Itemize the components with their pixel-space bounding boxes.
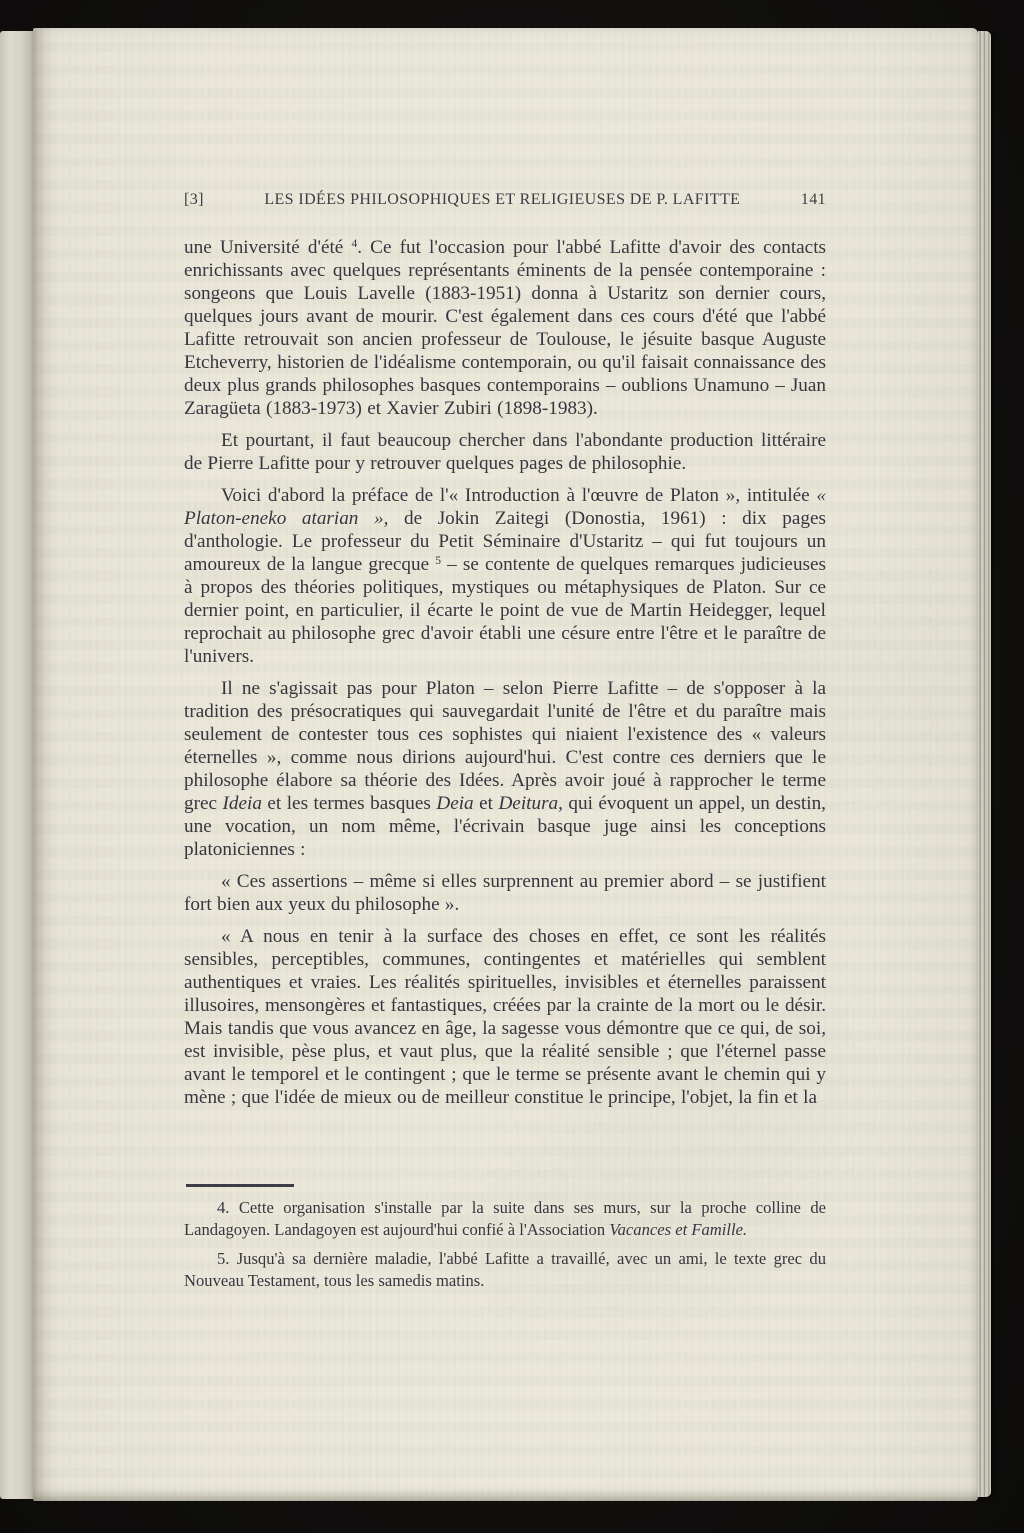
body-paragraph: une Université d'été 4. Ce fut l'occasio…	[184, 236, 826, 420]
page-content: [3] LES IDÉES PHILOSOPHIQUES ET RELIGIEU…	[184, 28, 826, 1501]
footnote-separator	[186, 1184, 294, 1187]
body-paragraph: Voici d'abord la préface de l'« Introduc…	[184, 484, 826, 668]
page-number: 141	[801, 191, 826, 209]
body-paragraph: « A nous en tenir à la surface des chose…	[184, 925, 826, 1109]
running-title: LES IDÉES PHILOSOPHIQUES ET RELIGIEUSES …	[204, 191, 801, 209]
body-paragraph: Et pourtant, il faut beaucoup chercher d…	[184, 429, 826, 475]
footnote: 4. Cette organisation s'installe par la …	[184, 1197, 826, 1242]
page-header: [3] LES IDÉES PHILOSOPHIQUES ET RELIGIEU…	[184, 191, 826, 209]
body-paragraph: Il ne s'agissait pas pour Platon – selon…	[184, 677, 826, 861]
scan-background: [3] LES IDÉES PHILOSOPHIQUES ET RELIGIEU…	[0, 0, 1024, 1533]
footnotes-section: 4. Cette organisation s'installe par la …	[184, 1184, 826, 1293]
footnote-list: 4. Cette organisation s'installe par la …	[184, 1197, 826, 1293]
body-text: une Université d'été 4. Ce fut l'occasio…	[184, 236, 826, 1109]
body-paragraph: « Ces assertions – même si elles surpren…	[184, 870, 826, 916]
book-page: [3] LES IDÉES PHILOSOPHIQUES ET RELIGIEU…	[33, 28, 978, 1501]
previous-page-edge	[0, 31, 34, 1499]
footnote: 5. Jusqu'à sa dernière maladie, l'abbé L…	[184, 1248, 826, 1293]
section-marker: [3]	[184, 191, 204, 209]
page-stack-edge	[978, 31, 991, 1497]
